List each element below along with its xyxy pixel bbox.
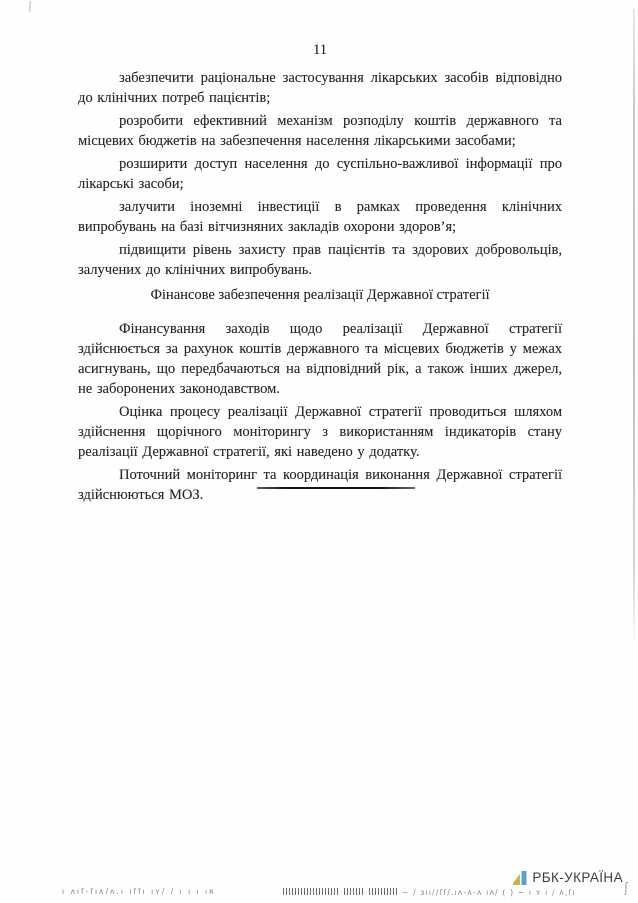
page-number: 11 [78, 40, 562, 60]
scanned-document-page: 11 забезпечити раціональне застосування … [0, 0, 638, 903]
scan-barcode-artifact [369, 888, 399, 895]
body-paragraph: Оцінка процесу реалізації Державної стра… [78, 402, 562, 462]
document-body: 11 забезпечити раціональне застосування … [78, 40, 562, 508]
watermark-label: РБК-УКРАЇНА [532, 870, 623, 885]
body-paragraph: забезпечити раціональне застосування лік… [78, 68, 562, 108]
page-edge-shadow [633, 9, 635, 649]
scan-barcode-artifact [344, 888, 364, 895]
body-paragraph: залучити іноземні інвестиції в рамках пр… [78, 197, 562, 237]
rbc-logo-icon [513, 871, 527, 885]
scan-artifact-right: ~ / ɜıı//ſſ/.ıʌ-ʌ-ʌ ıʌ/ ( ) ~ ı ʏ ı / ʌ,… [402, 888, 620, 897]
body-paragraph: Поточний моніторинг та координація викон… [78, 465, 562, 505]
section-heading: Фінансове забезпечення реалізації Держав… [78, 285, 562, 305]
body-paragraph: підвищити рівень захисту прав пацієнтів … [78, 240, 562, 280]
scan-barcode-artifact [283, 888, 339, 895]
body-paragraph: розширити доступ населення до суспільно-… [78, 154, 562, 194]
rbc-ukraine-watermark: РБК-УКРАЇНА [513, 870, 623, 885]
body-paragraph: розробити ефективний механізм розподілу … [78, 111, 562, 151]
scan-curve-artifact: ʃ [625, 881, 628, 896]
closing-divider [257, 487, 415, 489]
body-paragraph: Фінансування заходів щодо реалізації Дер… [78, 319, 562, 399]
corner-scan-mark [29, 1, 32, 12]
scan-artifact-left: ı ʌıſ-ſıʌ/ʌ.ı ıſſı ıʏ/ / ı ı ı ıʀ [62, 887, 258, 896]
